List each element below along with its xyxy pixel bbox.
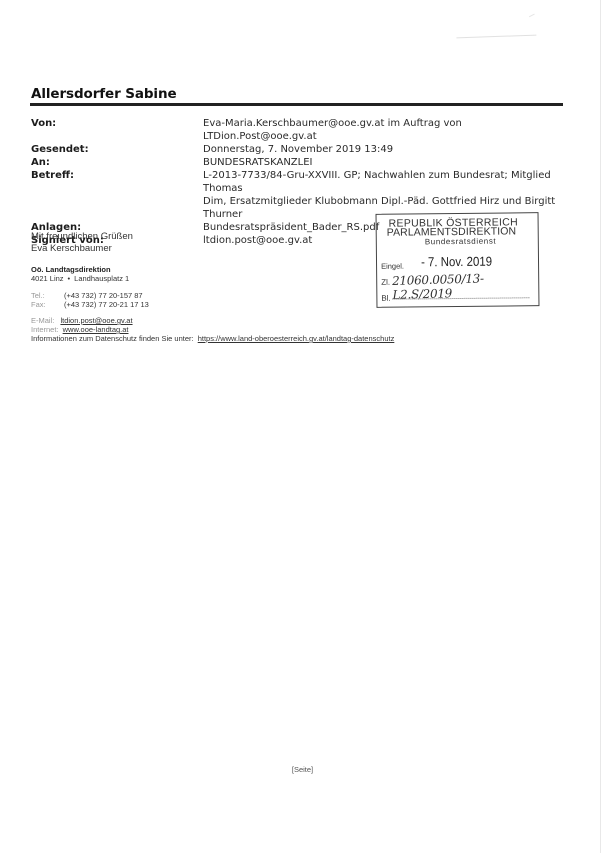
fax-label: Fax: [31,300,64,309]
email-link[interactable]: ltdion.post@ooe.gv.at [60,316,132,325]
field-value-sent: Donnerstag, 7. November 2019 13:49 [203,143,571,156]
organization-name: Oö. Landtagsdirektion [31,265,394,274]
bullet-icon: • [68,274,71,283]
privacy-text: Informationen zum Datenschutz finden Sie… [31,334,194,343]
stamp-zl-label: Zl. [381,278,390,287]
fax-number: (+43 732) 77 20-21 17 13 [64,300,149,309]
email-row: E-Mail: ltdion.post@ooe.gv.at [31,316,394,325]
title-divider [30,103,563,106]
field-label: Betreff: [31,169,203,221]
phone-label: Tel.: [31,291,64,300]
field-label: Von: [31,117,203,143]
phone-fax: Tel.: (+43 732) 77 20-157 87 Fax: (+43 7… [31,291,394,309]
internet-label: Internet: [31,325,59,334]
phone-row: Tel.: (+43 732) 77 20-157 87 [31,291,394,300]
web-contacts: E-Mail: ltdion.post@ooe.gv.at Internet: … [31,316,394,343]
scan-artifact [456,13,537,39]
stamp-service: Bundesratsdienst [425,237,497,247]
subject-line-1: L-2013-7733/84-Gru-XXVIII. GP; Nachwahle… [203,169,571,195]
field-label: Gesendet: [31,143,203,156]
stamp-directorate: PARLAMENTSDIREKTION [387,226,517,237]
signer-name: Eva Kerschbaumer [31,243,394,255]
stamp-received-label: Eingel. [381,262,404,271]
fax-row: Fax: (+43 732) 77 20-21 17 13 [31,300,394,309]
stamp-received-date: - 7. Nov. 2019 [421,254,492,270]
postcode-city: 4021 Linz [31,274,64,283]
street: Landhausplatz 1 [74,274,129,283]
email-label: E-Mail: [31,316,54,325]
address: 4021 Linz•Landhausplatz 1 [31,274,394,283]
receipt-stamp: REPUBLIK ÖSTERREICH PARLAMENTSDIREKTION … [376,212,540,308]
field-value-from: Eva-Maria.Kerschbaumer@ooe.gv.at im Auft… [203,117,571,143]
website-link[interactable]: www.ooe-landtag.at [63,325,129,334]
email-signature: Mit freundlichen Grüßen Eva Kerschbaumer… [31,231,394,343]
phone-number: (+43 732) 77 20-157 87 [64,291,143,300]
stamp-bl-label: Bl. [381,294,390,303]
field-to: An: BUNDESRATSKANZLEI [31,156,571,169]
field-sent: Gesendet: Donnerstag, 7. November 2019 1… [31,143,571,156]
field-label: An: [31,156,203,169]
page-footer: [Seite] [0,765,605,774]
field-from: Von: Eva-Maria.Kerschbaumer@ooe.gv.at im… [31,117,571,143]
sender-name: Allersdorfer Sabine [31,86,177,102]
privacy-row: Informationen zum Datenschutz finden Sie… [31,334,394,343]
internet-row: Internet: www.ooe-landtag.at [31,325,394,334]
greeting: Mit freundlichen Grüßen [31,231,394,243]
privacy-link[interactable]: https://www.land-oberoesterreich.gv.at/l… [198,334,395,343]
field-value-to: BUNDESRATSKANZLEI [203,156,571,169]
page-edge [600,0,601,853]
